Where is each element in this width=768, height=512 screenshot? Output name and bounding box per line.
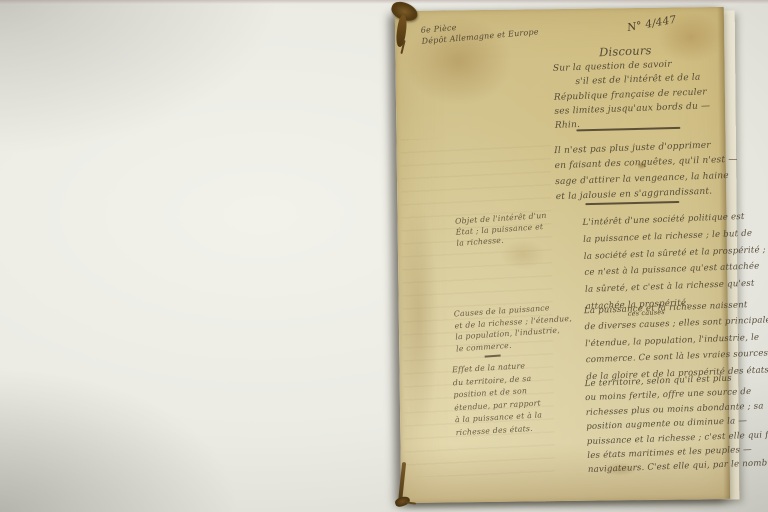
epigraph: Il n'est pas plus juste d'opprimer en fa… <box>554 138 739 206</box>
margin-note-2: Causes de la puissance et de la richesse… <box>453 301 574 359</box>
margin-note-1: Objet de l'intérêt d'un État ; la puissa… <box>455 210 549 249</box>
corner-annotation: 6e Pièce Dépôt Allemagne et Europe <box>420 15 539 47</box>
body-paragraph-3: Le territoire, selon qu'il est plus ou m… <box>584 370 768 478</box>
margin-note-3: Effet de la nature du territoire, de sa … <box>452 359 543 439</box>
folio-number: N° 4/447 <box>626 14 677 34</box>
title-block: Sur la question de savoir s'il est de l'… <box>553 56 711 133</box>
manuscript-page: 6e Pièce Dépôt Allemagne et Europe N° 4/… <box>395 7 730 503</box>
photograph-of-manuscript: 6e Pièce Dépôt Allemagne et Europe N° 4/… <box>0 0 768 512</box>
photo-top-edge-shading <box>0 0 768 4</box>
